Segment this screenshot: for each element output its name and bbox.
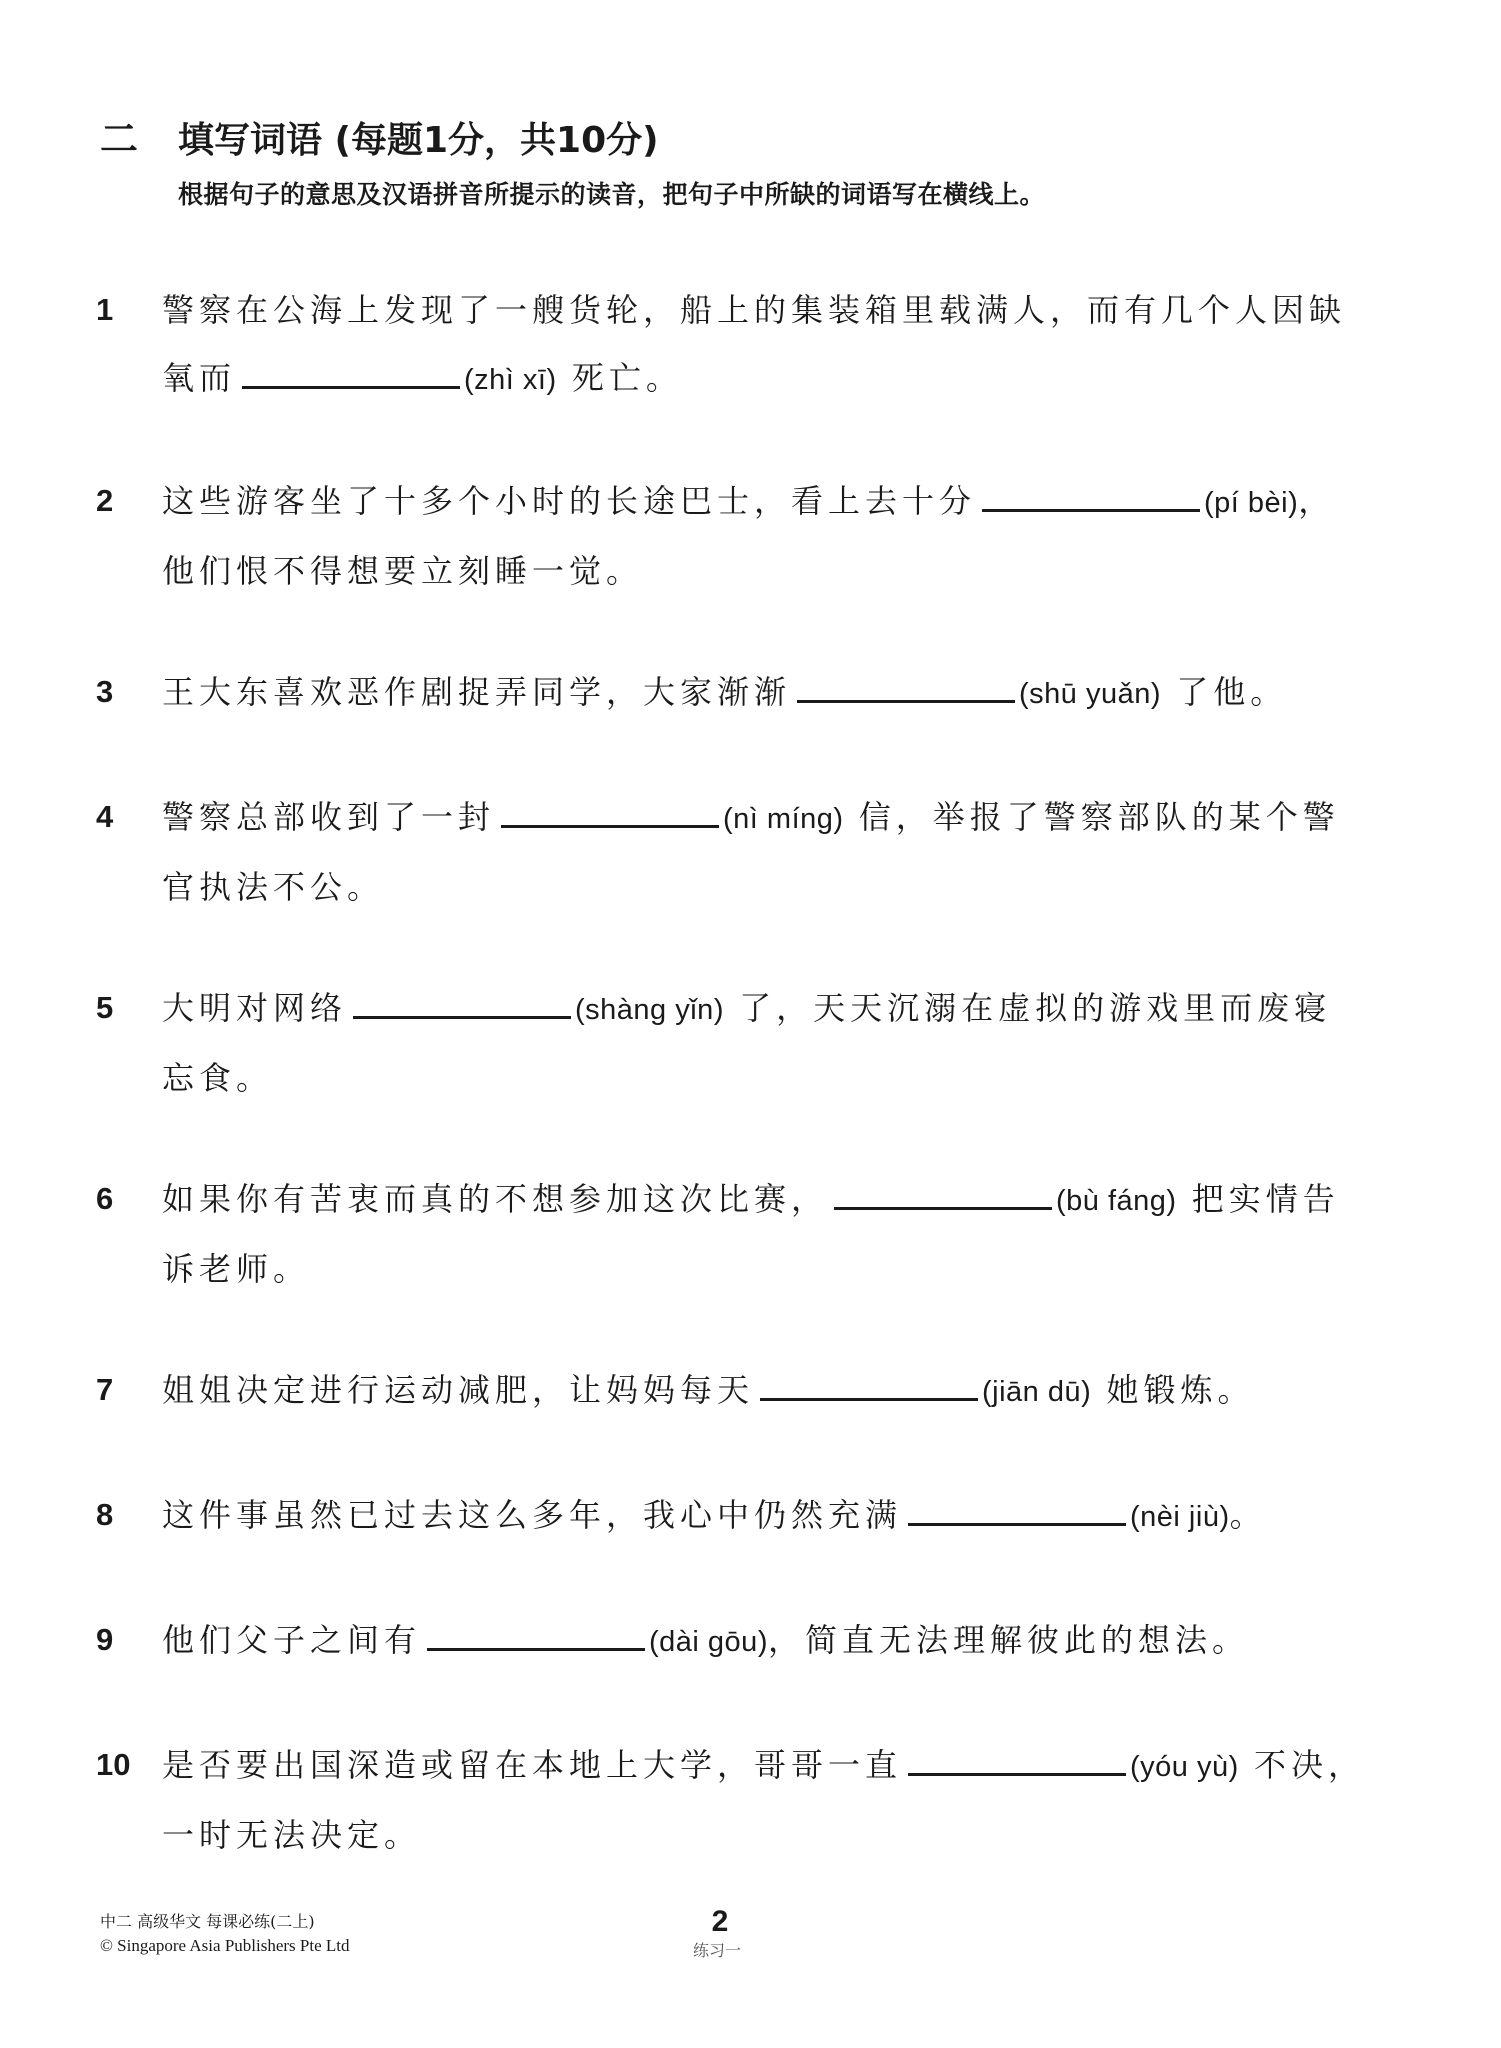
- question-number: 1: [96, 276, 162, 414]
- question-number: 7: [96, 1356, 162, 1426]
- pinyin-hint: (shàng yǐn): [575, 994, 724, 1026]
- answer-blank[interactable]: [501, 797, 719, 828]
- question-text-before: 如果你有苦衷而真的不想参加这次比赛，: [162, 1180, 828, 1218]
- question-7: 7 姐姐决定进行运动减肥，让妈妈每天(jiān dū) 她锻炼。: [96, 1356, 1366, 1426]
- section-instruction: 根据句子的意思及汉语拼音所提示的读音，把句子中所缺的词语写在横线上。: [178, 175, 1045, 211]
- question-number: 5: [96, 974, 162, 1112]
- question-text-before: 王大东喜欢恶作剧捉弄同学，大家渐渐: [162, 673, 791, 711]
- section-header: 二 填写词语 (每题1分，共10分): [100, 108, 659, 163]
- question-6: 6 如果你有苦衷而真的不想参加这次比赛，(bù fáng) 把实情告诉老师。: [96, 1165, 1366, 1303]
- question-8: 8 这件事虽然已过去这么多年，我心中仍然充满(nèi jiù)。: [96, 1481, 1366, 1551]
- answer-blank[interactable]: [908, 1745, 1126, 1776]
- question-number: 2: [96, 467, 162, 605]
- question-9: 9 他们父子之间有(dài gōu)，简直无法理解彼此的想法。: [96, 1606, 1366, 1676]
- answer-blank[interactable]: [242, 358, 460, 389]
- question-text-before: 警察总部收到了一封: [162, 798, 495, 836]
- question-text-before: 这件事虽然已过去这么多年，我心中仍然充满: [162, 1496, 902, 1534]
- question-text-after: 她锻炼。: [1106, 1371, 1254, 1409]
- question-text-after: 死亡。: [572, 359, 683, 397]
- question-number: 8: [96, 1481, 162, 1551]
- question-2: 2 这些游客坐了十多个小时的长途巴士，看上去十分(pí bèi)，他们恨不得想要…: [96, 467, 1366, 605]
- footer-publisher: 中二 高级华文 每课必练(二上) © Singapore Asia Publis…: [100, 1910, 350, 1958]
- question-text-after: ，简直无法理解彼此的想法。: [768, 1621, 1249, 1659]
- question-number: 6: [96, 1165, 162, 1303]
- pinyin-hint: (nì míng): [723, 803, 844, 835]
- question-4: 4 警察总部收到了一封(nì míng) 信，举报了警察部队的某个警官执法不公。: [96, 783, 1366, 921]
- question-text-before: 这些游客坐了十多个小时的长途巴士，看上去十分: [162, 482, 976, 520]
- question-1: 1 警察在公海上发现了一艘货轮，船上的集装箱里载满人，而有几个人因缺氧而(zhì…: [96, 276, 1366, 414]
- answer-blank[interactable]: [797, 672, 1015, 703]
- pinyin-hint: (nèi jiù): [1130, 1501, 1230, 1533]
- pinyin-hint: (yóu yù): [1130, 1751, 1239, 1783]
- question-number: 4: [96, 783, 162, 921]
- pinyin-hint: (dài gōu): [649, 1626, 768, 1658]
- book-series-title: 中二 高级华文 每课必练(二上): [100, 1910, 350, 1934]
- question-text-before: 大明对网络: [162, 989, 347, 1027]
- section-number: 二: [100, 108, 178, 163]
- question-text-before: 他们父子之间有: [162, 1621, 421, 1659]
- question-text-before: 姐姐决定进行运动减肥，让妈妈每天: [162, 1371, 754, 1409]
- copyright-notice: © Singapore Asia Publishers Pte Ltd: [100, 1934, 350, 1958]
- question-number: 3: [96, 658, 162, 728]
- question-5: 5 大明对网络(shàng yǐn) 了，天天沉溺在虚拟的游戏里而废寝忘食。: [96, 974, 1366, 1112]
- question-text-after: 了他。: [1176, 673, 1287, 711]
- answer-blank[interactable]: [760, 1370, 978, 1401]
- question-3: 3 王大东喜欢恶作剧捉弄同学，大家渐渐(shū yuǎn) 了他。: [96, 658, 1366, 728]
- answer-blank[interactable]: [908, 1495, 1126, 1526]
- pinyin-hint: (zhì xī): [464, 364, 557, 396]
- question-text-after: 。: [1230, 1496, 1267, 1534]
- pinyin-hint: (jiān dū): [982, 1376, 1091, 1408]
- page-number: 2: [690, 1905, 750, 1939]
- answer-blank[interactable]: [834, 1179, 1052, 1210]
- answer-blank[interactable]: [427, 1620, 645, 1651]
- answer-blank[interactable]: [982, 481, 1200, 512]
- question-10: 10 是否要出国深造或留在本地上大学，哥哥一直(yóu yù) 不决，一时无法决…: [96, 1731, 1366, 1869]
- question-number: 9: [96, 1606, 162, 1676]
- exercise-label: 练习一: [684, 1939, 750, 1963]
- pinyin-hint: (pí bèi): [1204, 487, 1298, 519]
- section-title: 填写词语 (每题1分，共10分): [178, 112, 659, 163]
- pinyin-hint: (bù fáng): [1056, 1185, 1177, 1217]
- question-number: 10: [96, 1731, 162, 1869]
- answer-blank[interactable]: [353, 988, 571, 1019]
- question-text-before: 是否要出国深造或留在本地上大学，哥哥一直: [162, 1746, 902, 1784]
- footer-page-info: 2 练习一: [690, 1905, 750, 1963]
- pinyin-hint: (shū yuǎn): [1019, 678, 1161, 710]
